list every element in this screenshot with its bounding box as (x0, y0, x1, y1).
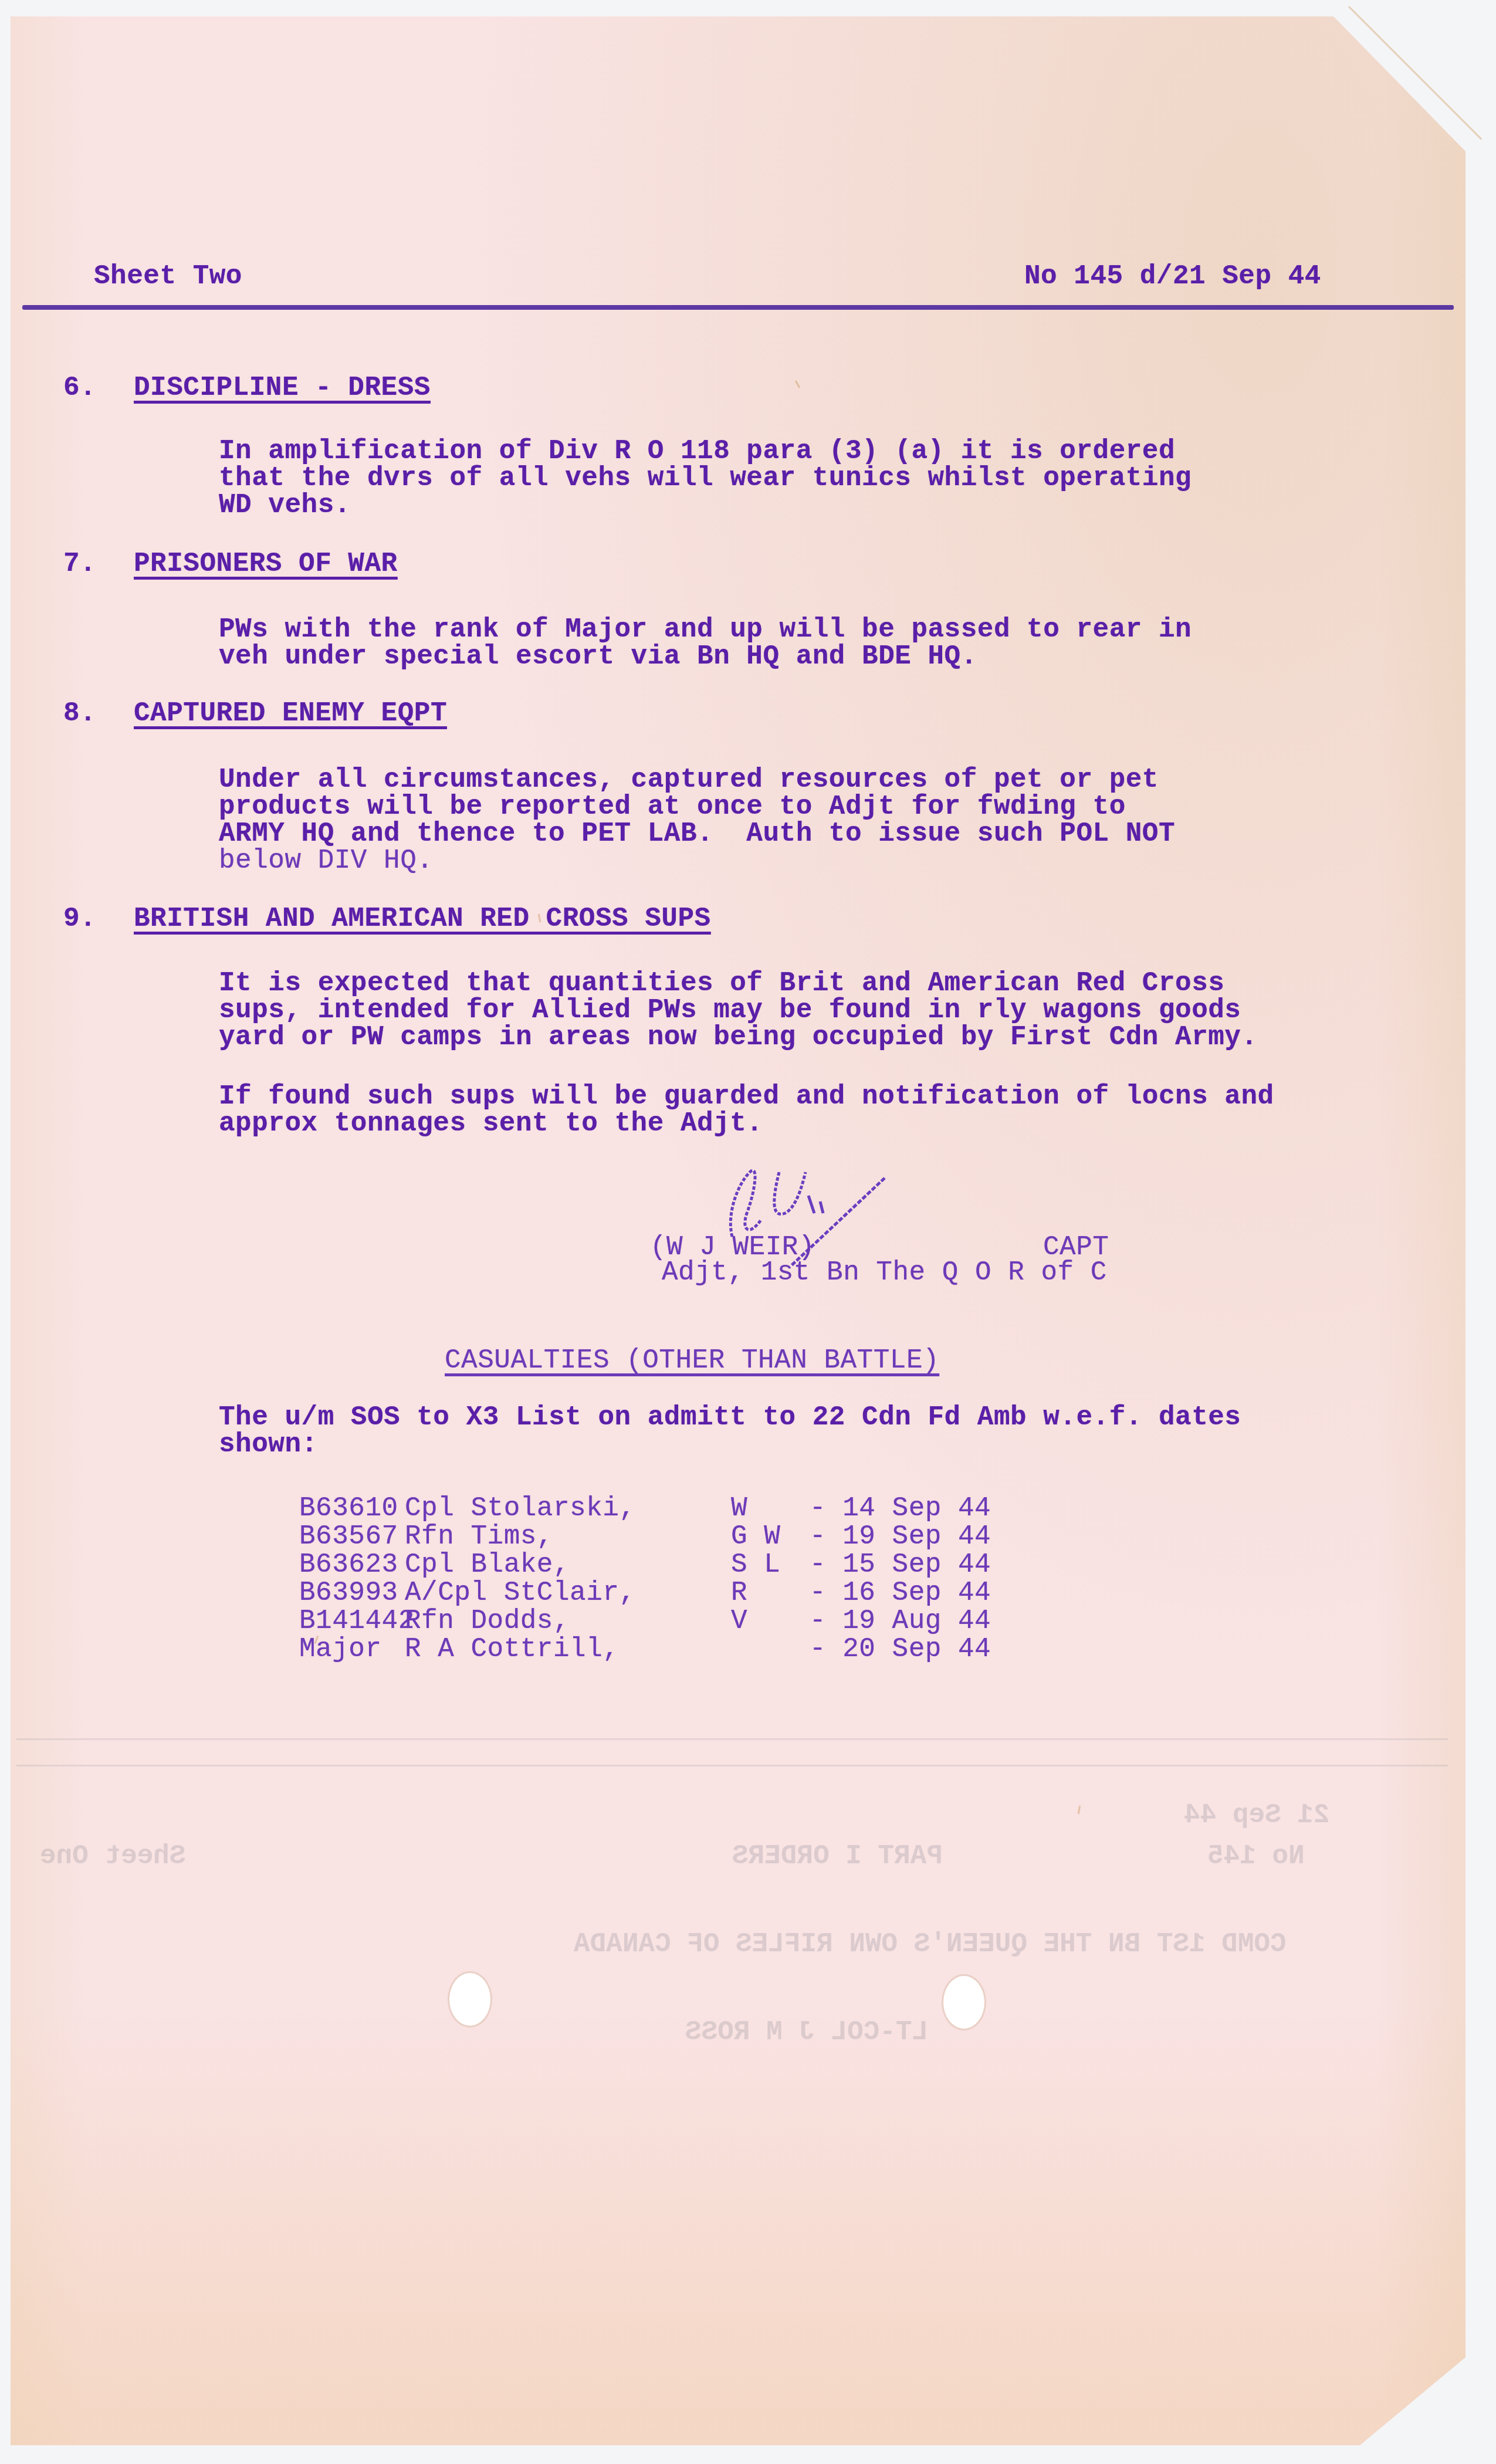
casualty-rank-name: Cpl Stolarski, (405, 1495, 635, 1522)
casualty-number: B141442 (299, 1607, 415, 1634)
body-line: sups, intended for Allied PWs may be fou… (219, 997, 1241, 1024)
bleed-through-text: PART I ORDERS (732, 1841, 943, 1871)
casualty-company: R (731, 1579, 747, 1606)
section-title-prisoners-of-war: PRISONERS OF WAR (134, 550, 398, 577)
bleed-through-text: COMD 1ST BN THE QUEEN'S OWN RIFLES OF CA… (574, 1929, 1287, 1959)
casualty-number: Major (299, 1636, 382, 1663)
casualty-rank-name: R A Cottrill, (405, 1636, 619, 1663)
casualty-rank-name: A/Cpl StClair, (405, 1579, 635, 1606)
casualty-number: B63993 (299, 1579, 398, 1606)
casualty-company: S L (731, 1551, 780, 1578)
bleed-through-rule (16, 1738, 1448, 1740)
body-line: yard or PW camps in areas now being occu… (219, 1024, 1258, 1051)
punch-hole (449, 1973, 490, 2026)
casualty-company: W (731, 1495, 747, 1522)
casualty-date: - 15 Sep 44 (810, 1551, 991, 1578)
casualties-intro: shown: (219, 1431, 318, 1458)
signatory-appointment: Adjt, 1st Bn The Q O R of C (662, 1259, 1107, 1286)
order-reference: No 145 d/21 Sep 44 (1024, 263, 1321, 290)
header-rule (22, 305, 1454, 310)
casualty-date: - 20 Sep 44 (810, 1636, 991, 1663)
body-line: veh under special escort via Bn HQ and B… (219, 643, 977, 670)
paper-fleck (795, 380, 801, 388)
section-number: 6. (63, 374, 96, 401)
casualties-intro: The u/m SOS to X3 List on admitt to 22 C… (219, 1404, 1241, 1431)
sheet-label: Sheet Two (94, 263, 242, 290)
body-line: PWs with the rank of Major and up will b… (219, 616, 1192, 643)
body-line: approx tonnages sent to the Adjt. (219, 1110, 763, 1137)
casualty-company: V (731, 1607, 747, 1634)
bleed-through-text: No 145 (1207, 1841, 1305, 1871)
section-number: 8. (63, 700, 96, 727)
punch-hole (943, 1976, 984, 2029)
body-line: WD vehs. (219, 492, 351, 519)
casualty-number: B63623 (299, 1551, 398, 1578)
section-title-captured-enemy-eqpt: CAPTURED ENEMY EQPT (134, 700, 447, 727)
section-title-red-cross-sups: BRITISH AND AMERICAN RED CROSS SUPS (134, 905, 711, 932)
body-line: In amplification of Div R O 118 para (3)… (219, 438, 1175, 465)
section-title-discipline-dress: DISCIPLINE - DRESS (134, 374, 431, 401)
casualty-date: - 19 Aug 44 (810, 1607, 991, 1634)
bleed-through-text: 21 Sep 44 (1184, 1800, 1329, 1830)
section-number: 7. (63, 550, 96, 577)
casualty-date: - 19 Sep 44 (810, 1523, 991, 1550)
body-line: ARMY HQ and thence to PET LAB. Auth to i… (219, 820, 1175, 847)
casualties-title: CASUALTIES (OTHER THAN BATTLE) (445, 1347, 939, 1374)
bleed-through-text: Sheet One (40, 1841, 185, 1871)
paper-fleck (1078, 1806, 1081, 1814)
casualty-rank-name: Rfn Dodds, (405, 1607, 570, 1634)
casualty-date: - 14 Sep 44 (810, 1495, 991, 1522)
casualty-company: G W (731, 1523, 780, 1550)
body-line: below DIV HQ. (219, 847, 433, 874)
bleed-through-text: LT-COL J M ROSS (685, 2017, 928, 2047)
casualty-date: - 16 Sep 44 (810, 1579, 991, 1606)
body-line: Under all circumstances, captured resour… (219, 766, 1159, 793)
casualty-rank-name: Cpl Blake, (405, 1551, 570, 1578)
section-number: 9. (63, 905, 96, 932)
casualty-number: B63610 (299, 1495, 398, 1522)
body-line: It is expected that quantities of Brit a… (219, 970, 1224, 997)
bleed-through-rule (16, 1765, 1448, 1766)
body-line: products will be reported at once to Adj… (219, 793, 1126, 820)
body-line: that the dvrs of all vehs will wear tuni… (219, 465, 1192, 492)
casualty-number: B63567 (299, 1523, 398, 1550)
body-line: If found such sups will be guarded and n… (219, 1083, 1274, 1110)
casualty-rank-name: Rfn Tims, (405, 1523, 553, 1550)
document-page: COMD 1ST BN THE QUEEN'S OWN RIFLES OF CA… (11, 16, 1480, 2445)
